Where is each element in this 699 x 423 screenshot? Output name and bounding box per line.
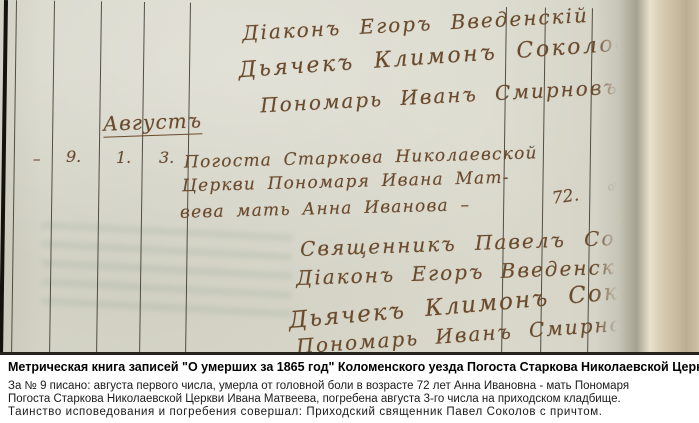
caption-panel: Метрическая книга записей "О умерших за … [0,355,699,423]
caption-title: Метрическая книга записей "О умерших за … [8,360,699,375]
handwriting-death-day: 1. [116,148,131,167]
caption-body-line-2: Погоста Старкова Николаевской Церкви Ива… [8,393,699,406]
handwriting-burial-day: 3. [159,148,174,167]
handwriting-col-dash: – [33,150,41,168]
table-rule [96,1,102,353]
table-border-thick [0,0,8,352]
screenshot-root: Діаконъ Егоръ Введенскій Дьячекъ Климонъ… [0,0,699,423]
manuscript-photo: Діаконъ Егоръ Введенскій Дьячекъ Климонъ… [0,0,699,355]
table-rule [11,0,17,352]
page-curl [595,0,699,352]
caption-body: За № 9 писано: августа первого числа, ум… [8,380,699,419]
handwriting-age-value: 72. [551,185,581,209]
caption-body-line-1: За № 9 писано: августа первого числа, ум… [8,380,699,393]
handwriting-record-number: 9. [66,147,81,166]
handwriting-month-header: Августъ [103,108,203,137]
table-rule [49,1,55,353]
table-rule [139,2,145,354]
caption-body-line-3: Таинство исповедования и погребения сове… [8,406,699,419]
